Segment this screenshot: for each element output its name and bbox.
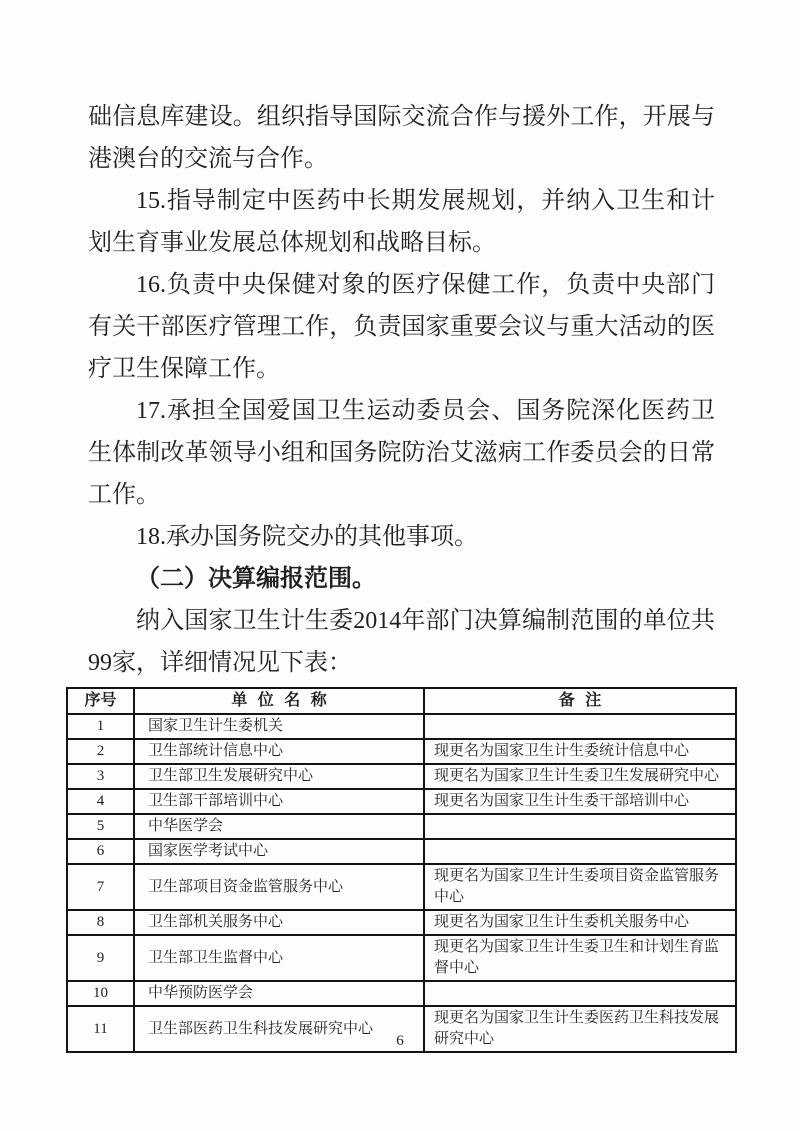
- table-header-unit-name: 单 位 名 称: [134, 688, 424, 714]
- paragraph: 18.承办国务院交办的其他事项。: [88, 516, 715, 558]
- cell-unit-name: 国家卫生计生委机关: [134, 714, 424, 739]
- table-row: 4 卫生部干部培训中心 现更名为国家卫生计生委干部培训中心: [67, 789, 736, 814]
- table-row: 3 卫生部卫生发展研究中心 现更名为国家卫生计生委卫生发展研究中心: [67, 764, 736, 789]
- cell-seq: 4: [67, 789, 134, 814]
- table-body: 1 国家卫生计生委机关 2 卫生部统计信息中心 现更名为国家卫生计生委统计信息中…: [67, 714, 736, 1052]
- table-header-row: 序号 单 位 名 称 备 注: [67, 688, 736, 714]
- cell-remark: [424, 839, 736, 864]
- cell-remark: [424, 814, 736, 839]
- table-row: 6 国家医学考试中心: [67, 839, 736, 864]
- cell-unit-name: 国家医学考试中心: [134, 839, 424, 864]
- paragraph: 16.负责中央保健对象的医疗保健工作，负责中央部门有关干部医疗管理工作，负责国家…: [88, 264, 715, 390]
- cell-unit-name: 卫生部机关服务中心: [134, 910, 424, 935]
- table-row: 7 卫生部项目资金监管服务中心 现更名为国家卫生计生委项目资金监管服务中心: [67, 864, 736, 910]
- cell-remark: 现更名为国家卫生计生委干部培训中心: [424, 789, 736, 814]
- table-row: 9 卫生部卫生监督中心 现更名为国家卫生计生委卫生和计划生育监督中心: [67, 935, 736, 981]
- cell-seq: 6: [67, 839, 134, 864]
- cell-seq: 5: [67, 814, 134, 839]
- body-text: 础信息库建设。组织指导国际交流合作与援外工作，开展与港澳台的交流与合作。 15.…: [88, 96, 715, 684]
- cell-remark: 现更名为国家卫生计生委卫生和计划生育监督中心: [424, 935, 736, 981]
- cell-unit-name: 卫生部卫生发展研究中心: [134, 764, 424, 789]
- cell-remark: 现更名为国家卫生计生委卫生发展研究中心: [424, 764, 736, 789]
- table-row: 5 中华医学会: [67, 814, 736, 839]
- table-row: 2 卫生部统计信息中心 现更名为国家卫生计生委统计信息中心: [67, 739, 736, 764]
- cell-remark: 现更名为国家卫生计生委统计信息中心: [424, 739, 736, 764]
- units-table: 序号 单 位 名 称 备 注 1 国家卫生计生委机关 2 卫生部统计信息中心 现…: [66, 687, 737, 1053]
- cell-unit-name: 中华医学会: [134, 814, 424, 839]
- cell-remark: [424, 714, 736, 739]
- table-header-remark: 备 注: [424, 688, 736, 714]
- cell-seq: 10: [67, 981, 134, 1006]
- cell-seq: 7: [67, 864, 134, 910]
- table-row: 1 国家卫生计生委机关: [67, 714, 736, 739]
- cell-seq: 1: [67, 714, 134, 739]
- cell-remark: [424, 981, 736, 1006]
- document-page: 础信息库建设。组织指导国际交流合作与援外工作，开展与港澳台的交流与合作。 15.…: [0, 0, 800, 1131]
- cell-remark: 现更名为国家卫生计生委项目资金监管服务中心: [424, 864, 736, 910]
- table-header-seq: 序号: [67, 688, 134, 714]
- cell-unit-name: 卫生部卫生监督中心: [134, 935, 424, 981]
- cell-unit-name: 卫生部项目资金监管服务中心: [134, 864, 424, 910]
- paragraph: 础信息库建设。组织指导国际交流合作与援外工作，开展与港澳台的交流与合作。: [88, 96, 715, 180]
- paragraph: （二）决算编报范围。: [88, 558, 715, 600]
- cell-remark: 现更名为国家卫生计生委机关服务中心: [424, 910, 736, 935]
- paragraph: 17.承担全国爱国卫生运动委员会、国务院深化医药卫生体制改革领导小组和国务院防治…: [88, 390, 715, 516]
- cell-seq: 9: [67, 935, 134, 981]
- page-number: 6: [0, 1033, 800, 1050]
- cell-seq: 8: [67, 910, 134, 935]
- paragraph: 15.指导制定中医药中长期发展规划，并纳入卫生和计划生育事业发展总体规划和战略目…: [88, 180, 715, 264]
- table-row: 10 中华预防医学会: [67, 981, 736, 1006]
- table-row: 8 卫生部机关服务中心 现更名为国家卫生计生委机关服务中心: [67, 910, 736, 935]
- paragraph: 纳入国家卫生计生委2014年部门决算编制范围的单位共99家，详细情况见下表：: [88, 600, 715, 684]
- cell-unit-name: 卫生部干部培训中心: [134, 789, 424, 814]
- cell-seq: 2: [67, 739, 134, 764]
- cell-unit-name: 卫生部统计信息中心: [134, 739, 424, 764]
- cell-seq: 3: [67, 764, 134, 789]
- cell-unit-name: 中华预防医学会: [134, 981, 424, 1006]
